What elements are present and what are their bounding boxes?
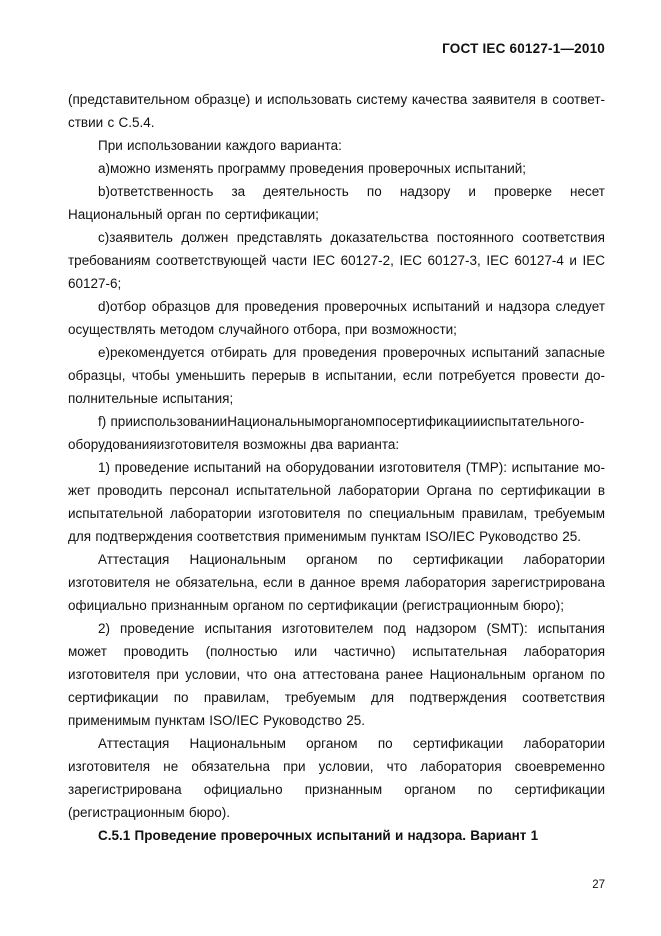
document-page: ГОСТ IEC 60127-1—2010 (представительном … <box>0 0 661 936</box>
list-item-2: 2) проведение испытания изготовителем по… <box>68 617 605 732</box>
paragraph-attestation-2: Аттестация Национальным органом по серти… <box>68 732 605 824</box>
list-item-d: d)отбор образцов для проведения провероч… <box>68 295 605 341</box>
paragraph-intro: При использовании каждого варианта: <box>68 134 605 157</box>
list-item-c: c)заявитель должен представлять доказате… <box>68 226 605 295</box>
list-item-b: b)ответственность за деятельность по над… <box>68 180 605 226</box>
page-number: 27 <box>592 879 605 891</box>
document-body: (представительном образце) и использоват… <box>68 88 605 847</box>
list-item-a: a)можно изменять программу проведения пр… <box>68 157 605 180</box>
list-item-e: e)рекомендуется отбирать для проведения … <box>68 341 605 410</box>
document-code-header: ГОСТ IEC 60127-1—2010 <box>442 41 605 56</box>
paragraph-continuation: (представительном образце) и использоват… <box>68 88 605 134</box>
list-item-1: 1) проведение испытаний на оборудовании … <box>68 456 605 548</box>
section-heading: С.5.1 Проведение проверочных испытаний и… <box>68 824 605 847</box>
list-item-f: f) прииспользованииНациональныморганомпо… <box>68 410 605 456</box>
paragraph-attestation-1: Аттестация Национальным органом по серти… <box>68 548 605 617</box>
